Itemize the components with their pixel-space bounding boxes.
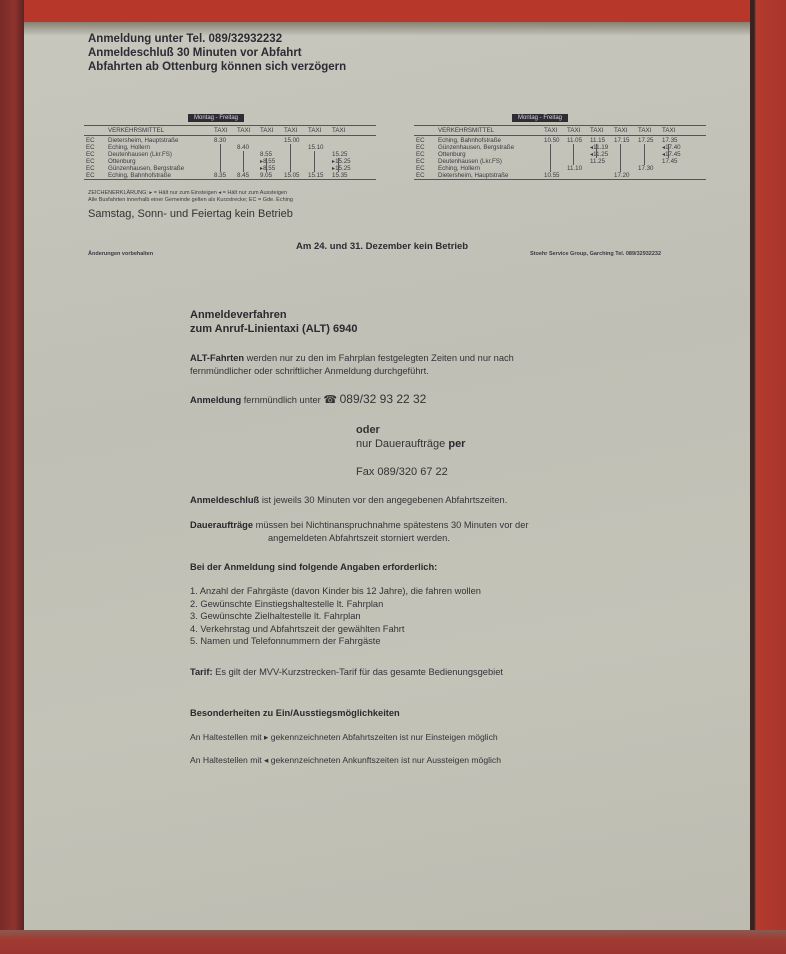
special-boarding: An Haltestellen mit ▸ gekennzeichneten A… xyxy=(190,731,498,744)
row-time: 15.10 xyxy=(308,144,323,151)
row-mode: EC xyxy=(86,158,95,165)
row-time: 15.15 xyxy=(308,172,323,179)
required-item: 4. Verkehrstag und Abfahrtszeit der gewä… xyxy=(190,623,481,636)
connector-line xyxy=(573,144,574,165)
tarif-line: Tarif: Es gilt der MVV-Kurzstrecken-Tari… xyxy=(190,666,503,679)
row-time: 11.25 xyxy=(590,158,605,165)
procedure-title-line-1: Anmeldeverfahren xyxy=(190,308,357,322)
connector-line xyxy=(290,144,291,172)
anmeldung-bold: Anmeldung xyxy=(190,395,241,405)
column-header-taxi: TAXI xyxy=(567,127,580,134)
dauer-per-line: nur Daueraufträge per xyxy=(356,438,465,450)
rule-bottom xyxy=(84,179,376,180)
dauer-text-1: müssen bei Nichtinanspruchnahme späteste… xyxy=(253,520,528,530)
procedure-title: Anmeldeverfahren zum Anruf-Linientaxi (A… xyxy=(190,308,357,336)
connector-line xyxy=(243,151,244,172)
header-phone: Anmeldung unter Tel. 089/32932232 xyxy=(88,32,282,47)
row-stop: Dietersheim, Hauptstraße xyxy=(108,137,179,144)
row-time: 17.45 xyxy=(662,158,677,165)
alt-text-2: fernmündlicher oder schriftlicher Anmeld… xyxy=(190,365,514,378)
rule-top xyxy=(84,125,376,126)
row-stop: Günzenhausen, Bergstraße xyxy=(108,165,184,172)
row-stop: Ottenburg xyxy=(438,151,466,158)
rule-header xyxy=(414,135,706,136)
alt-bold: ALT-Fahrten xyxy=(190,353,244,363)
column-header-taxi: TAXI xyxy=(260,127,273,134)
tarif-bold: Tarif: xyxy=(190,667,213,677)
row-time: 15.05 xyxy=(284,172,299,179)
row-time: 8.55 xyxy=(260,151,272,158)
phone-number: 089/32 93 22 32 xyxy=(340,392,427,406)
frame-bottom xyxy=(0,930,786,954)
row-time: ▸15.25 xyxy=(332,158,351,165)
required-item: 1. Anzahl der Fahrgäste (davon Kinder bi… xyxy=(190,585,481,598)
row-stop: Dietersheim, Hauptstraße xyxy=(438,172,509,179)
connector-line xyxy=(338,158,339,172)
row-stop: Günzenhausen, Bergstraße xyxy=(438,144,514,151)
row-mode: EC xyxy=(416,151,425,158)
schedule-badge: Montag - Freitag xyxy=(512,114,568,122)
row-stop: Eching, Hollern xyxy=(438,165,480,172)
row-stop: Eching, Hollern xyxy=(108,144,150,151)
fax-number: Fax 089/320 67 22 xyxy=(356,466,448,478)
row-stop: Eching, Bahnhofstraße xyxy=(108,172,171,179)
deadline-paragraph: Anmeldeschluß ist jeweils 30 Minuten vor… xyxy=(190,494,507,507)
timetable-sheet: Anmeldung unter Tel. 089/32932232 Anmeld… xyxy=(24,22,750,930)
rule-header xyxy=(84,135,376,136)
column-header-taxi: TAXI xyxy=(332,127,345,134)
required-item: 5. Namen und Telefonnummern der Fahrgäst… xyxy=(190,635,481,648)
rule-bottom xyxy=(414,179,706,180)
legend-line-1: ZEICHENERKLÄRUNG: ▸ = Hält nur zum Einst… xyxy=(88,190,287,197)
rule-top xyxy=(414,125,706,126)
dauer-text-2: angemeldeten Abfahrtszeit storniert werd… xyxy=(190,532,528,545)
anmeldung-text: fernmündlich unter xyxy=(241,395,323,405)
row-mode: EC xyxy=(86,144,95,151)
row-time: 11.05 xyxy=(567,137,582,144)
connector-line xyxy=(266,158,267,172)
row-time: 11.10 xyxy=(567,165,582,172)
connector-line xyxy=(596,144,597,158)
row-time: 15.35 xyxy=(332,172,347,179)
column-header-taxi: TAXI xyxy=(544,127,557,134)
row-mode: EC xyxy=(86,151,95,158)
column-header-taxi: TAXI xyxy=(284,127,297,134)
alt-text-1: werden nur zu den im Fahrplan festgelegt… xyxy=(244,353,514,363)
row-mode: EC xyxy=(86,137,95,144)
column-header-taxi: TAXI xyxy=(214,127,227,134)
row-time: ◂11.25 xyxy=(590,151,608,158)
row-mode: EC xyxy=(416,165,425,172)
frame-left xyxy=(0,0,24,954)
oder-label: oder xyxy=(356,424,380,436)
procedure-title-line-2: zum Anruf-Linientaxi (ALT) 6940 xyxy=(190,322,357,336)
row-time: 9.05 xyxy=(260,172,272,179)
schedule-badge: Montag - Freitag xyxy=(188,114,244,122)
changes-note: Änderungen vorbehalten xyxy=(88,251,153,257)
row-time: ◂17.45 xyxy=(662,151,681,158)
row-time: 10.50 xyxy=(544,137,559,144)
dauer-bold: Daueraufträge xyxy=(190,520,253,530)
tarif-text: Es gilt der MVV-Kurzstrecken-Tarif für d… xyxy=(213,667,503,677)
column-header-taxi: TAXI xyxy=(237,127,250,134)
alt-paragraph: ALT-Fahrten werden nur zu den im Fahrpla… xyxy=(190,352,514,377)
row-mode: EC xyxy=(416,137,425,144)
row-stop: Ottenburg xyxy=(108,158,136,165)
required-item: 2. Gewünschte Einstiegshaltestelle lt. F… xyxy=(190,598,481,611)
row-time: 17.20 xyxy=(614,172,629,179)
connector-line xyxy=(644,144,645,165)
legend-line-2: Alle Busfahrten innerhalb einer Gemeinde… xyxy=(88,197,293,204)
row-time: 10.55 xyxy=(544,172,559,179)
operator-info: Stoehr Service Group, Garching Tel. 089/… xyxy=(530,251,661,257)
special-title: Besonderheiten zu Ein/Ausstiegsmöglichke… xyxy=(190,708,400,718)
row-time: ▸8.55 xyxy=(260,158,275,165)
column-header-taxi: TAXI xyxy=(614,127,627,134)
row-stop: Deutenhausen (Lkr.FS) xyxy=(438,158,502,165)
column-header-taxi: TAXI xyxy=(590,127,603,134)
special-alighting: An Haltestellen mit ◂ gekennzeichneten A… xyxy=(190,754,501,767)
row-time: 17.25 xyxy=(638,137,653,144)
row-time: 11.15 xyxy=(590,137,605,144)
header-delay-note: Abfahrten ab Ottenburg können sich verzö… xyxy=(88,60,346,75)
phone-icon: ☎ xyxy=(323,394,337,406)
dauer-per-text: nur Daueraufträge xyxy=(356,438,448,450)
row-time: 8.45 xyxy=(237,172,249,179)
required-title: Bei der Anmeldung sind folgende Angaben … xyxy=(190,562,437,572)
row-time: 15.25 xyxy=(332,151,347,158)
row-mode: EC xyxy=(416,172,425,179)
row-time: 17.15 xyxy=(614,137,629,144)
row-time: 8.40 xyxy=(237,144,249,151)
row-time: 15.00 xyxy=(284,137,299,144)
standing-order-paragraph: Daueraufträge müssen bei Nichtinanspruch… xyxy=(190,519,528,544)
column-header-taxi: TAXI xyxy=(308,127,321,134)
phone-line: Anmeldung fernmündlich unter ☎ 089/32 93… xyxy=(190,392,426,406)
column-header-taxi: TAXI xyxy=(662,127,675,134)
connector-line xyxy=(550,144,551,172)
row-time: 17.35 xyxy=(662,137,677,144)
column-header-taxi: TAXI xyxy=(638,127,651,134)
schluss-text: ist jeweils 30 Minuten vor den angegeben… xyxy=(259,495,507,505)
row-time: 8.35 xyxy=(214,172,226,179)
row-mode: EC xyxy=(86,165,95,172)
row-stop: Eching, Bahnhofstraße xyxy=(438,137,501,144)
row-mode: EC xyxy=(86,172,95,179)
weekend-notice: Samstag, Sonn- und Feiertag kein Betrieb xyxy=(88,208,293,220)
required-list: 1. Anzahl der Fahrgäste (davon Kinder bi… xyxy=(190,585,481,648)
schluss-bold: Anmeldeschluß xyxy=(190,495,259,505)
row-time: ▸15.25 xyxy=(332,165,351,172)
row-time: ◂11.19 xyxy=(590,144,608,151)
december-notice: Am 24. und 31. Dezember kein Betrieb xyxy=(296,241,468,252)
row-time: 8.30 xyxy=(214,137,226,144)
frame-right xyxy=(750,0,786,954)
row-time: ▸8.55 xyxy=(260,165,275,172)
connector-line xyxy=(314,151,315,172)
row-mode: EC xyxy=(416,144,425,151)
required-item: 3. Gewünschte Zielhaltestelle lt. Fahrpl… xyxy=(190,610,481,623)
row-stop: Deutenhausen (Lkr.FS) xyxy=(108,151,172,158)
connector-line xyxy=(668,144,669,158)
row-time: 17.30 xyxy=(638,165,653,172)
column-header-verkehrsmittel: VERKEHRSMITTEL xyxy=(108,127,164,134)
row-time: ◂17.40 xyxy=(662,144,681,151)
header-deadline: Anmeldeschluß 30 Minuten vor Abfahrt xyxy=(88,46,302,61)
column-header-verkehrsmittel: VERKEHRSMITTEL xyxy=(438,127,494,134)
row-mode: EC xyxy=(416,158,425,165)
connector-line xyxy=(220,144,221,172)
connector-line xyxy=(620,144,621,172)
per-bold: per xyxy=(448,438,465,450)
